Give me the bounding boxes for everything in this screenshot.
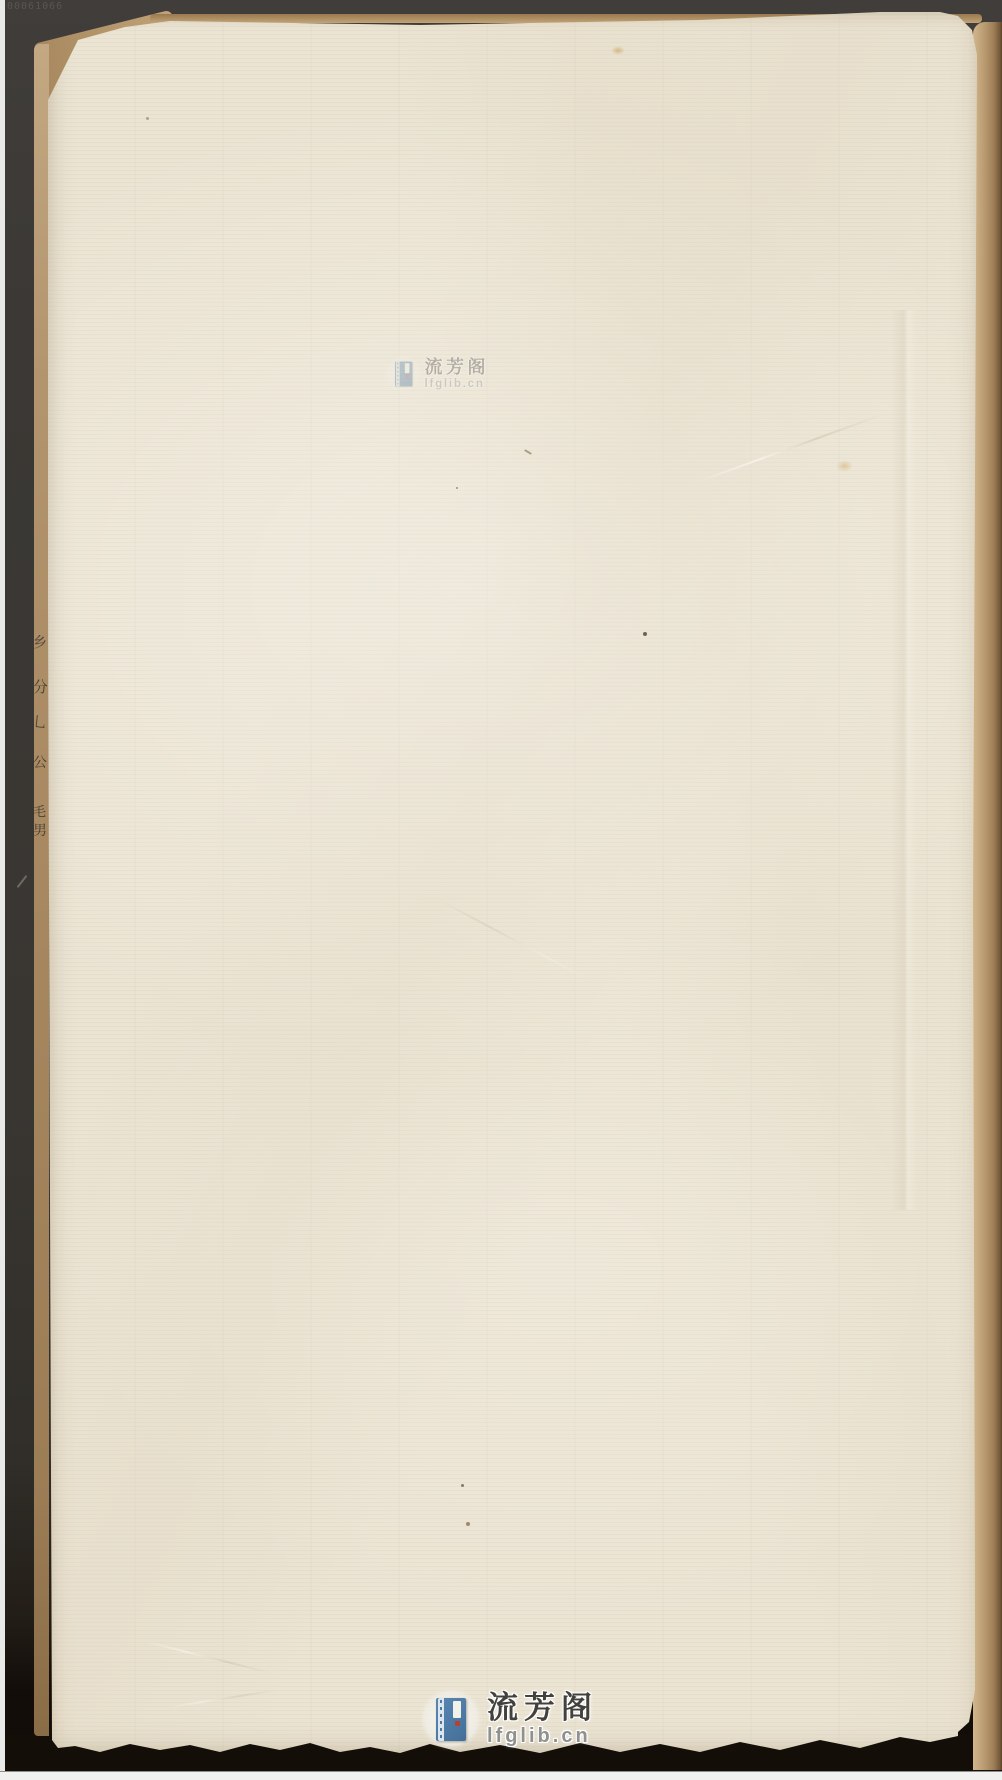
bleed-fragment: 毛	[33, 806, 46, 820]
ink-speck	[643, 632, 647, 636]
watermark-badge	[388, 358, 419, 389]
blank-book-page	[46, 10, 980, 1756]
paper-crease	[144, 1640, 271, 1673]
book-title-label	[453, 1701, 461, 1718]
ink-speck	[456, 487, 458, 489]
paper-crease	[167, 1689, 276, 1708]
bleed-fragment: 乚	[33, 715, 47, 730]
bleed-through-fragments: 乡 分 乚 公 毛 男	[33, 628, 47, 858]
paper-sheen	[46, 10, 980, 1756]
scan-id-number: 00061066	[7, 1, 63, 12]
foxing-stain	[836, 460, 853, 472]
watermark-url: lfglib.cn	[487, 1726, 598, 1746]
watermark-badge	[424, 1692, 478, 1746]
book-icon	[436, 1698, 466, 1741]
watermark-brand-name: 流芳阁	[487, 1693, 598, 1724]
ink-speck	[466, 1522, 470, 1526]
paper-crease	[891, 310, 917, 1210]
fiber-speck	[524, 449, 532, 455]
bleed-fragment: 乡	[33, 636, 47, 651]
watermark-text: 流芳阁 lfglib.cn	[425, 358, 489, 389]
bleed-fragment: 男	[33, 824, 47, 838]
watermark-brand-name: 流芳阁	[425, 358, 489, 376]
foxing-stain	[611, 46, 625, 55]
book-seal	[455, 1721, 460, 1726]
background-scratch	[17, 875, 28, 888]
watermark-upper: 流芳阁 lfglib.cn	[388, 358, 489, 389]
book-seal	[406, 375, 409, 378]
watermark-text: 流芳阁 lfglib.cn	[487, 1693, 598, 1746]
ink-speck	[461, 1484, 464, 1487]
paper-crease	[694, 414, 883, 484]
book-stitch-strip	[396, 361, 399, 386]
paper-crease	[436, 898, 596, 984]
ink-speck	[146, 117, 149, 120]
page-block-edge-left	[34, 44, 49, 1736]
bleed-fragment: 分	[33, 680, 47, 694]
scanned-book-photo: 乡 分 乚 公 毛 男 流芳阁 l	[0, 0, 1002, 1780]
book-title-label	[405, 363, 410, 373]
watermark-url: lfglib.cn	[425, 377, 489, 389]
page-block-fore-edge-right	[973, 22, 1002, 1770]
book-stitch-strip	[438, 1698, 444, 1741]
scan-border-strip-bottom	[0, 1771, 1002, 1780]
book-icon	[395, 361, 412, 386]
scan-border-strip-left	[0, 0, 5, 1780]
bleed-fragment: 公	[33, 756, 47, 770]
watermark-bottom: 流芳阁 lfglib.cn	[424, 1692, 598, 1746]
paper-texture	[46, 10, 980, 1756]
